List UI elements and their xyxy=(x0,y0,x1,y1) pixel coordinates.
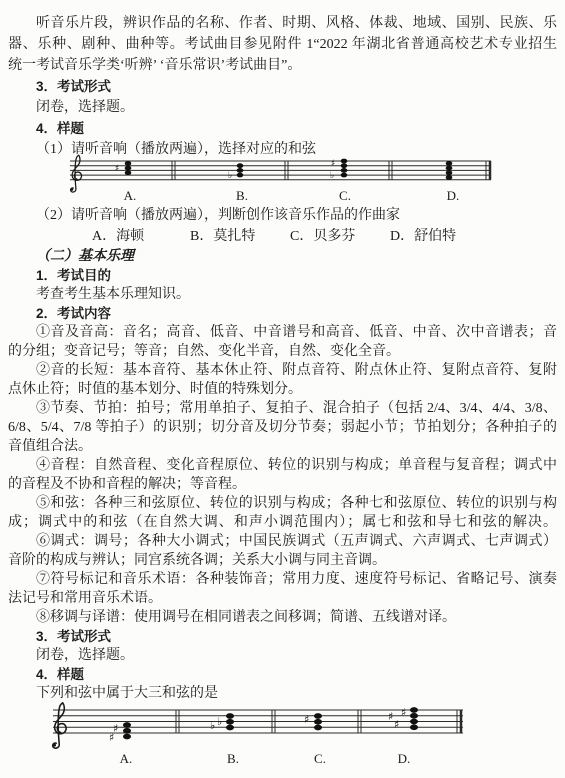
intro-paragraph-line-2: 器、乐种、剧种、曲种等。考试曲目参见附件 1“2022 年湖北省普通高校艺术专业… xyxy=(8,34,557,55)
sharp-icon: ♯ xyxy=(109,731,114,744)
sample-question-1: （1）请听音响（播放两遍），选择对应的和弦 xyxy=(8,139,557,160)
content-item-5-line-2: 成；调式中的和弦（在自然大调、和声小调范围内）；属七和弦和导七和弦的解决。 xyxy=(8,513,557,532)
basic-theory-section: （二）基本乐理 1．考试目的 考查考生基本乐理知识。 2．考试内容 ①音及音高：… xyxy=(8,247,557,778)
chord-option-c: ♯ ♭ xyxy=(330,159,347,181)
content-item-5-line-1: ⑤和弦：各种三和弦原位、转位的识别与构成；各种七和弦原位、转位的识别与构 xyxy=(8,494,557,513)
sample-question-3: 下列和弦中属于大三和弦的是 xyxy=(8,684,557,703)
content-item-7-line-1: ⑦符号标记和音乐术语：各种装饰音；常用力度、速度符号标记、省略记号、演奏 xyxy=(8,570,557,589)
content-item-6-line-1: ⑥调式：调号；各种大小调式；中国民族调式（五声调式、六声调式、七声调式） xyxy=(8,532,557,551)
staff2-label-a: A. xyxy=(120,751,133,766)
sharp-icon: ♯ xyxy=(115,164,119,174)
flat-icon: ♭ xyxy=(210,719,215,732)
composer-option-b: B．莫扎特 xyxy=(190,226,255,247)
sharp-icon: ♯ xyxy=(331,159,335,169)
staff2-label-d: D. xyxy=(398,751,411,766)
exam-form-text-2: 闭卷，选择题。 xyxy=(8,646,557,665)
content-item-8: ⑧移调与译谱：使用调号在相同谱表之间移调；简谱、五线谱对译。 xyxy=(8,608,557,627)
content-item-3-line-2: 6/8、5/4、7/8 等拍子）的识别；切分音及切分节奏；弱起小节；节拍划分；各… xyxy=(8,418,557,437)
content-item-1-line-2: 的分组；变音记号；等音；自然、变化半音，自然、变化全音。 xyxy=(8,342,557,361)
composer-option-a: A．海顿 xyxy=(92,226,144,247)
document-page: 听音乐片段，辨识作品的名称、作者、时期、风格、体裁、地域、国别、民族、乐 器、乐… xyxy=(0,0,565,778)
heading-exam-form-1: 3．考试形式 xyxy=(8,76,557,97)
content-item-4-line-2: 的音程及不协和音程的解决；等音程。 xyxy=(8,475,557,494)
exam-form-text-1: 闭卷，选择题。 xyxy=(8,97,557,118)
sharp-icon: ♯ xyxy=(401,706,406,719)
content-item-3-line-3: 音值组合法。 xyxy=(8,437,557,456)
staff1-label-c: C. xyxy=(339,188,351,203)
chord-option-a: ♯ xyxy=(115,161,131,175)
composer-option-d: D．舒伯特 xyxy=(390,226,456,247)
flat-icon: ♭ xyxy=(228,171,232,181)
section-heading-basic-theory: （二）基本乐理 xyxy=(8,247,557,266)
staff1-label-d: D. xyxy=(447,188,460,203)
flat-icon: ♭ xyxy=(217,715,222,728)
heading-exam-content: 2．考试内容 xyxy=(8,304,557,323)
music-staff-1: ♯ ♭ ♯ ♭ xyxy=(8,160,565,205)
content-item-4-line-1: ④音程：自然音程、变化音程原位、转位的识别与构成；单音程与复音程；调式中 xyxy=(8,456,557,475)
heading-sample-2: 4．样题 xyxy=(8,665,557,684)
sharp-icon: ♯ xyxy=(304,713,309,726)
content-item-3-line-1: ③节奏、节拍：拍号；常用单拍子、复拍子、混合拍子（包括 2/4、3/4、4/4、… xyxy=(8,399,557,418)
content-item-2-line-1: ②音的长短：基本音符、基本休止符、附点音符、附点休止符、复附点音符、复附 xyxy=(8,361,557,380)
content-item-1-line-1: ①音及音高：音名；高音、低音、中音谱号和高音、低音、中音、次中音谱表；音 xyxy=(8,323,557,342)
flat-icon: ♭ xyxy=(330,171,334,181)
staff2-label-b: B. xyxy=(227,751,239,766)
staff-lines xyxy=(70,161,491,180)
staff1-label-a: A. xyxy=(124,188,137,203)
content-item-7-line-2: 法记号和常用音乐术语。 xyxy=(8,589,557,608)
intro-paragraph-line-1: 听音乐片段，辨识作品的名称、作者、时期、风格、体裁、地域、国别、民族、乐 xyxy=(8,13,557,34)
content-item-6-line-2: 音阶的构成与辨认；同宫系统各调；关系大小调与同主音调。 xyxy=(8,551,557,570)
heading-exam-form-2: 3．考试形式 xyxy=(8,627,557,646)
intro-paragraph-line-3: 统一考试音乐学类‘听辨’ ‘音乐常识’考试曲目”。 xyxy=(8,55,557,76)
content-item-2-line-2: 点休止符；时值的基本划分、时值的特殊划分。 xyxy=(8,380,557,399)
composer-option-c: C．贝多芬 xyxy=(290,226,355,247)
sample-question-2: （2）请听音响（播放两遍），判断创作该音乐作品的作曲家 xyxy=(8,205,557,226)
heading-exam-purpose: 1．考试目的 xyxy=(8,266,557,285)
music-staff-2: ♯ ♯ ♭ ♭ ♯ ♯ xyxy=(8,703,565,778)
listening-section: 听音乐片段，辨识作品的名称、作者、时期、风格、体裁、地域、国别、民族、乐 器、乐… xyxy=(8,0,557,247)
staff1-label-b: B. xyxy=(236,188,248,203)
sharp-icon: ♯ xyxy=(394,718,399,731)
heading-sample-1: 4．样题 xyxy=(8,118,557,139)
composer-options: A．海顿 B．莫扎特 C．贝多芬 D．舒伯特 xyxy=(8,226,557,247)
sharp-icon: ♯ xyxy=(388,710,393,723)
exam-purpose-text: 考查考生基本乐理知识。 xyxy=(8,285,557,304)
staff2-label-c: C. xyxy=(314,751,326,766)
